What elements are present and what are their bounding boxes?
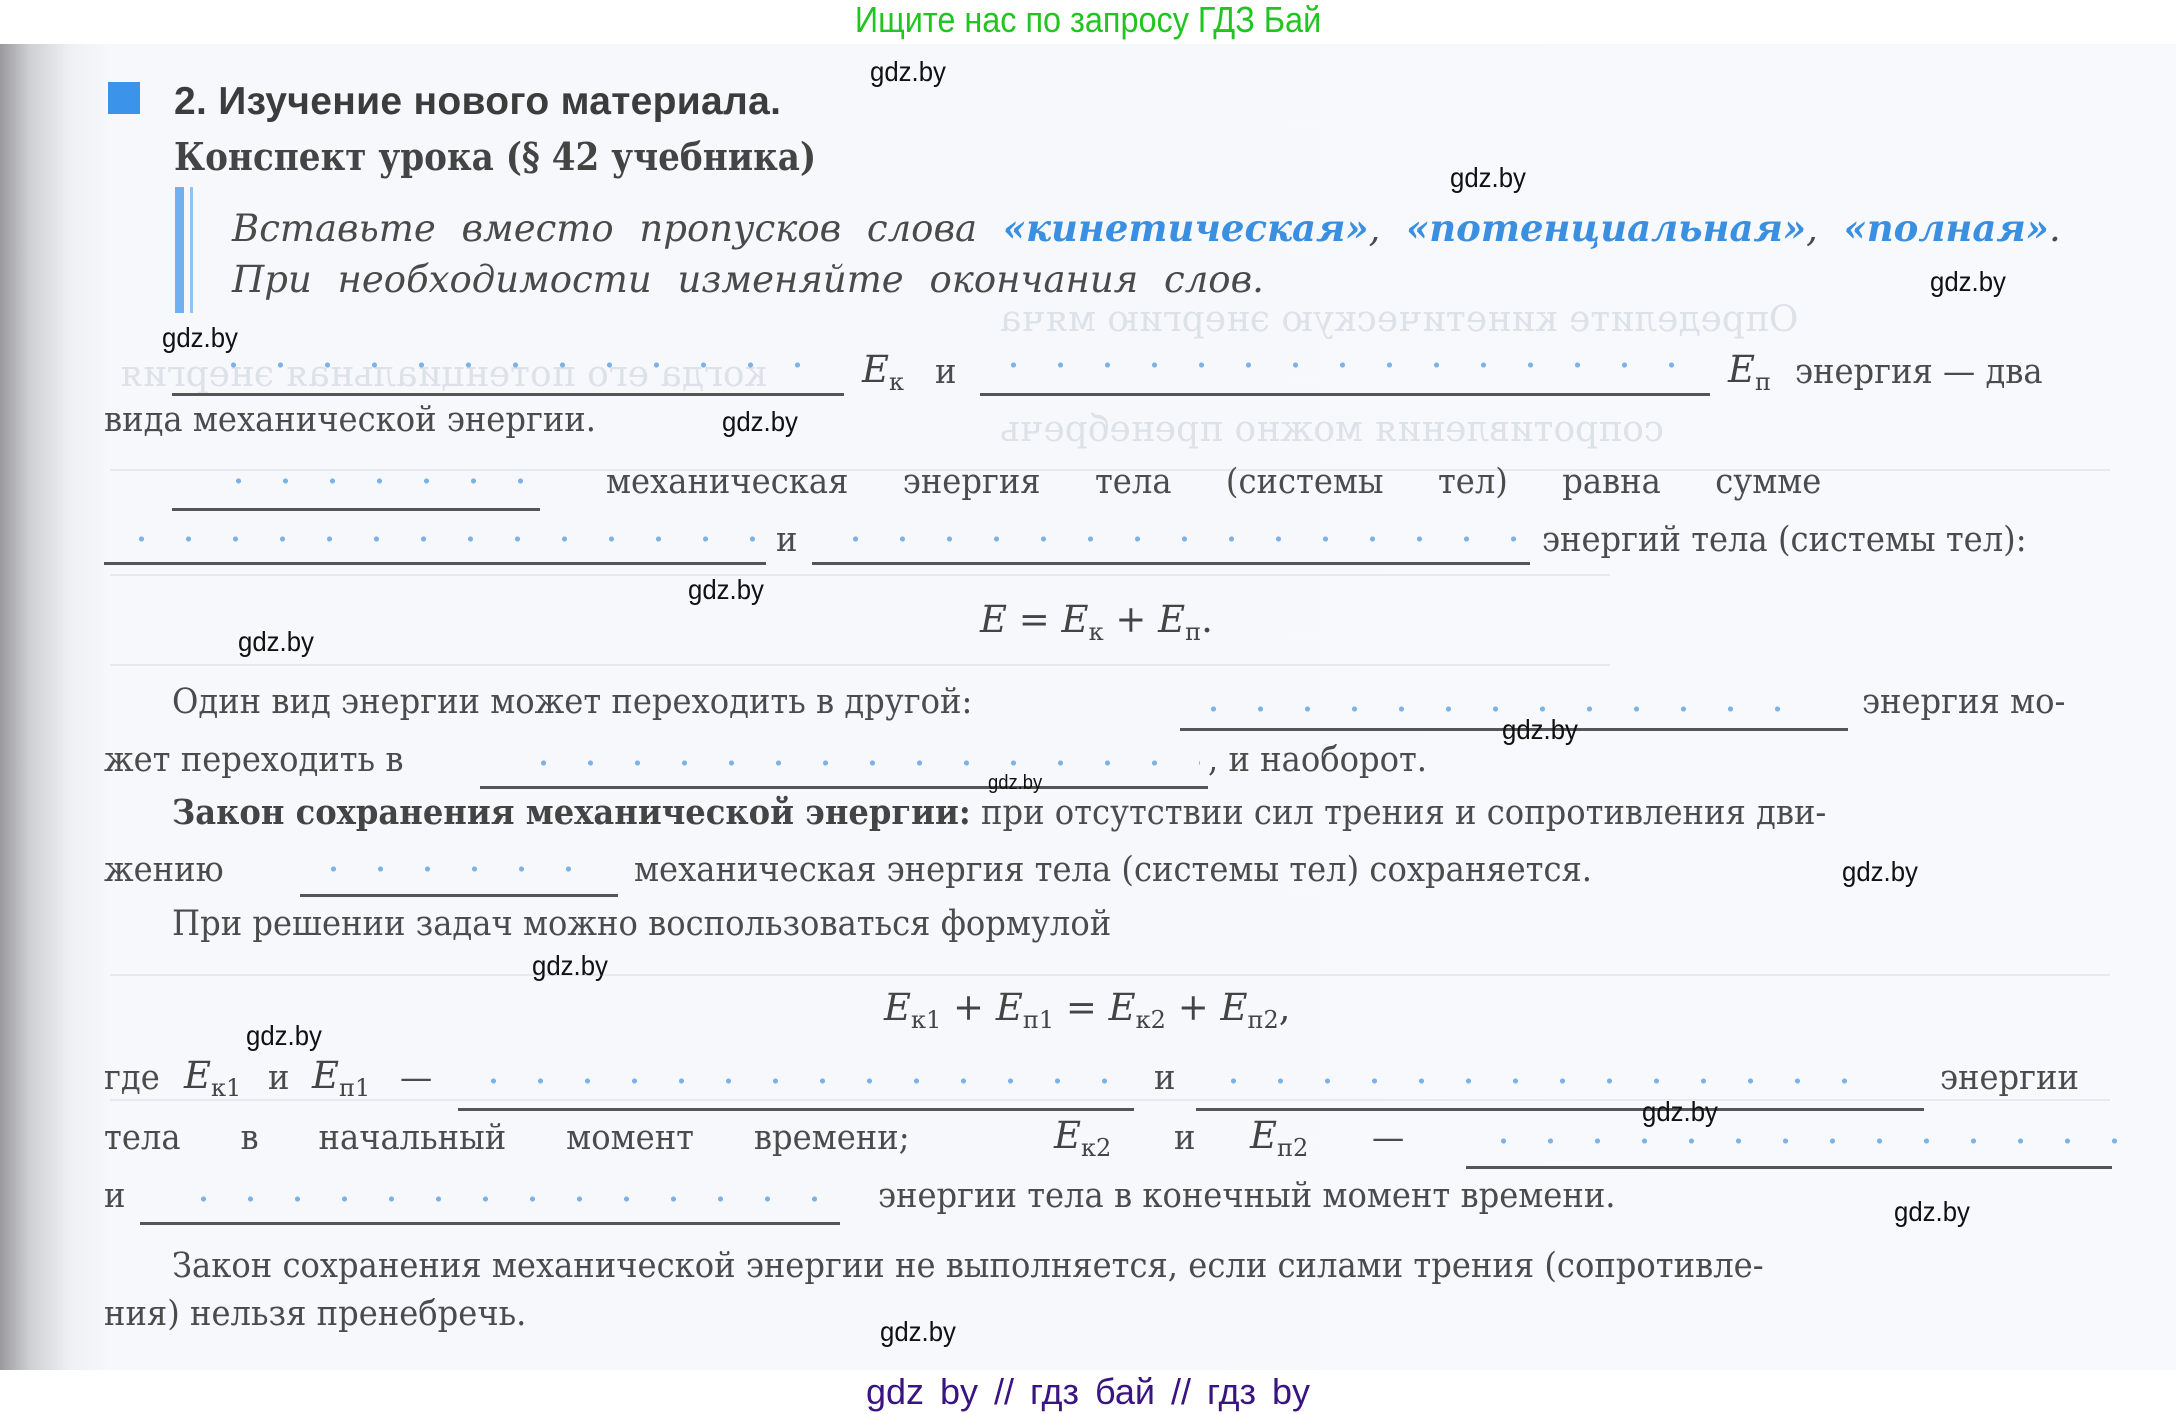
watermark: gdz.by [238, 626, 314, 658]
answer-blank-5[interactable] [812, 562, 1530, 565]
word-potential: «потенциальная» [1406, 206, 1806, 250]
watermark: gdz.by [1450, 162, 1526, 194]
text-line1-tail: энергия — два [1795, 352, 2043, 392]
bleed-through-text: Определите кинетическую энергию мяча [1000, 299, 1798, 340]
text-and: и [1154, 1058, 1175, 1098]
text-line2: вида механической энергии. [104, 400, 596, 440]
word-total: «полная» [1844, 206, 2049, 250]
text-law-line2-start: жению [104, 850, 224, 890]
watermark: gdz.by [246, 1020, 322, 1052]
instruction-text: Вставьте вместо пропусков слова [232, 207, 977, 250]
instruction-bar [175, 187, 184, 313]
watermark: gdz.by [1842, 856, 1918, 888]
answer-blank-7[interactable] [480, 786, 1208, 789]
text-law-violation: Закон сохранения механической энергии не… [172, 1246, 1764, 1286]
text-where: где [104, 1058, 160, 1098]
text-transition: Один вид энергии может переходить в друг… [172, 682, 972, 722]
answer-dots [310, 866, 600, 872]
text-and: и [935, 352, 956, 392]
symbol-ep2: Eп2 [1250, 1114, 1308, 1162]
bleed-through-rule [110, 1099, 2110, 1101]
watermark: gdz.by [1894, 1196, 1970, 1228]
answer-dots [1190, 706, 1810, 712]
text-transition-tail: энергия мо- [1862, 682, 2065, 722]
answer-dots [470, 1078, 1130, 1084]
answer-dots [990, 362, 1710, 368]
symbol-ep1: Eп1 [312, 1054, 370, 1102]
search-banner: Ищите нас по запросу ГДЗ Бай [109, 0, 2067, 44]
separator: , [1806, 207, 1818, 250]
symbol-ek: Eк [862, 348, 904, 396]
answer-blank-9[interactable] [458, 1108, 1134, 1111]
instruction-line-2: При необходимости изменяйте окончания сл… [232, 258, 1264, 301]
answer-blank-3[interactable] [172, 508, 540, 511]
answer-dots [832, 536, 1522, 542]
answer-dots [118, 536, 758, 542]
separator: , [1369, 207, 1381, 250]
text-final-moment: энергии тела в конечный момент времени. [878, 1176, 1616, 1216]
symbol-ep: Eп [1728, 348, 1771, 396]
text-and: и [104, 1176, 125, 1216]
answer-blank-12[interactable] [140, 1222, 840, 1225]
text-law-line2-end: механическая энергия тела (системы тел) … [634, 850, 1592, 890]
text-line4-tail: энергий тела (системы тел): [1542, 520, 2027, 560]
answer-blank-2[interactable] [980, 393, 1710, 396]
text-and: и [776, 520, 797, 560]
text-formula-intro: При решении задач можно воспользоваться … [172, 904, 1111, 944]
answer-blank-11[interactable] [1466, 1166, 2112, 1169]
answer-blank-1[interactable] [172, 393, 844, 396]
answer-dots [180, 1196, 830, 1202]
watermark: gdz.by [688, 574, 764, 606]
section-marker-icon [108, 82, 140, 114]
symbol-ek1: Eк1 [184, 1054, 241, 1102]
watermark: gdz.by [1642, 1096, 1718, 1128]
watermark: gdz.by [988, 772, 1042, 795]
answer-dots [210, 362, 820, 368]
instruction-bar [190, 187, 193, 313]
watermark: gdz.by [162, 322, 238, 354]
period: . [2049, 207, 2061, 250]
watermark: gdz.by [1502, 714, 1578, 746]
section-heading: 2. Изучение нового материала. [174, 80, 781, 124]
text-and: и [268, 1058, 289, 1098]
text-initial-moment: тела в начальный момент времени; [104, 1118, 910, 1158]
bleed-through-rule [110, 974, 2110, 976]
answer-dots [1210, 1078, 1850, 1084]
formula-conservation: Eк1 + Eп1 = Eк2 + Eп2, [884, 986, 1291, 1034]
bleed-through-rule [110, 664, 1610, 666]
watermark: gdz.by [880, 1316, 956, 1348]
watermark: gdz.by [870, 56, 946, 88]
text-transition-line2: жет переходить в [104, 740, 403, 780]
answer-blank-8[interactable] [300, 894, 618, 897]
answer-dots [520, 760, 1200, 766]
text-line3: механическая энергия тела (системы тел) … [606, 462, 1821, 502]
watermark: gdz.by [532, 950, 608, 982]
instruction-line-1: Вставьте вместо пропусков слова «кинетич… [232, 206, 2061, 250]
text-transition-end: , и наоборот. [1208, 740, 1427, 780]
bleed-through-rule [110, 574, 1610, 576]
watermark: gdz.by [722, 406, 798, 438]
text-dash: — [1372, 1118, 1404, 1158]
answer-blank-10[interactable] [1196, 1108, 1924, 1111]
lesson-subheading: Конспект урока (§ 42 учебника) [174, 134, 816, 179]
text-energies: энергии [1940, 1058, 2079, 1098]
answer-dots [1480, 1138, 2120, 1144]
word-kinetic: «кинетическая» [1003, 206, 1369, 250]
watermark: gdz.by [1930, 266, 2006, 298]
text-law-violation-end: ния) нельзя пренебречь. [104, 1294, 526, 1334]
text-dash: — [400, 1058, 432, 1098]
footer-links: gdz by // гдз бай // гдз by [0, 1370, 2176, 1414]
conservation-law: Закон сохранения механической энергии: п… [172, 792, 1826, 833]
symbol-ek2: Eк2 [1054, 1114, 1111, 1162]
formula-total-energy: E = Eк + Eп. [980, 598, 1213, 646]
bleed-through-text: когда его потенциальная энергия [120, 354, 767, 395]
answer-dots [215, 478, 535, 484]
text-and: и [1174, 1118, 1195, 1158]
answer-blank-4[interactable] [104, 562, 766, 565]
bleed-through-text: сопротивления можно пренебречь [1000, 409, 1664, 450]
